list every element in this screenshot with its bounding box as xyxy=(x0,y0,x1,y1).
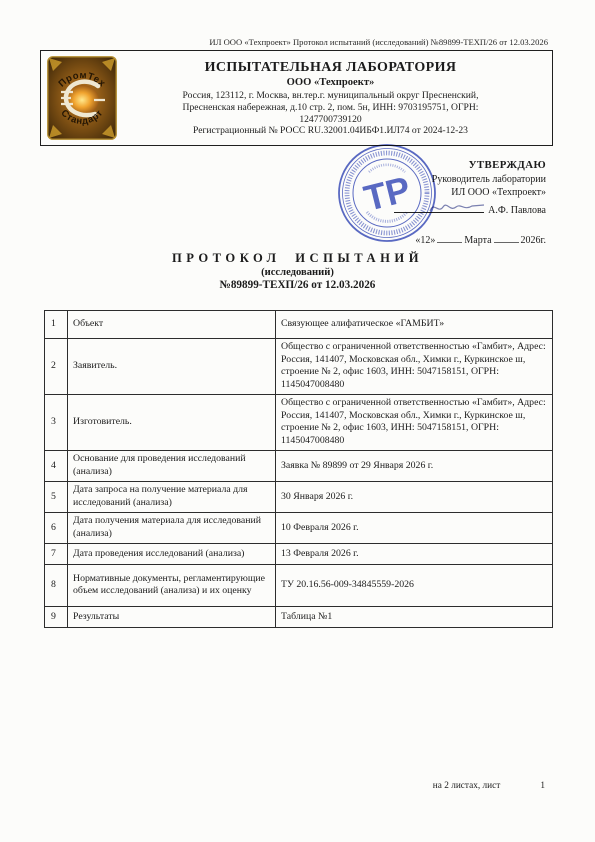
table-row: 2Заявитель.Общество с ограниченной ответ… xyxy=(45,339,553,395)
table-cell-label: Объект xyxy=(68,311,276,339)
protocol-subtitle: (исследований) xyxy=(0,267,595,278)
table-cell-value: Общество с ограниченной ответственностью… xyxy=(276,339,553,395)
table-cell-num: 2 xyxy=(45,339,68,395)
protocol-number: №89899-ТЕХП/26 от 12.03.2026 xyxy=(0,279,595,291)
lab-address-line3: 1247700739120 xyxy=(117,114,544,126)
table-cell-value: Таблица №1 xyxy=(276,606,553,627)
table-cell-label: Заявитель. xyxy=(68,339,276,395)
table-row: 5Дата запроса на получение материала для… xyxy=(45,481,553,512)
lab-logo-wrap: ПромТех Стандарт xyxy=(47,56,117,140)
table-cell-value: Связующее алифатическое «ГАМБИТ» xyxy=(276,311,553,339)
date-underline xyxy=(494,232,519,243)
table-cell-num: 6 xyxy=(45,512,68,543)
table-row: 3Изготовитель.Общество с ограниченной от… xyxy=(45,394,553,450)
approval-date-year: 2026г. xyxy=(521,235,546,246)
lab-header-text: ИСПЫТАТЕЛЬНАЯ ЛАБОРАТОРИЯ ООО «Техпроект… xyxy=(117,59,552,137)
table-cell-value: 13 Февраля 2026 г. xyxy=(276,543,553,564)
table-cell-label: Изготовитель. xyxy=(68,394,276,450)
table-cell-value: Общество с ограниченной ответственностью… xyxy=(276,394,553,450)
table-cell-label: Дата запроса на получение материала для … xyxy=(68,481,276,512)
approval-stamp-icon: ТР xyxy=(336,142,438,244)
protocol-title: ПРОТОКОЛ ИСПЫТАНИЙ xyxy=(0,251,595,266)
promtech-standart-logo-icon: ПромТех Стандарт xyxy=(47,56,117,140)
table-cell-value: 30 Января 2026 г. xyxy=(276,481,553,512)
table-cell-value: 10 Февраля 2026 г. xyxy=(276,512,553,543)
lab-org-name: ООО «Техпроект» xyxy=(117,77,544,90)
table-cell-num: 8 xyxy=(45,564,68,606)
sheets-count-text: на 2 листах, лист xyxy=(433,781,501,791)
page-footer: на 2 листах, лист 1 xyxy=(433,781,545,791)
table-cell-num: 3 xyxy=(45,394,68,450)
signer-name: А.Ф. Павлова xyxy=(488,205,546,216)
table-cell-value: Заявка № 89899 от 29 Января 2026 г. xyxy=(276,450,553,481)
lab-header-box: ПромТех Стандарт ИСПЫТАТЕЛЬНАЯ ЛАБОРАТОР… xyxy=(40,50,553,146)
table-cell-label: Результаты xyxy=(68,606,276,627)
table-cell-num: 4 xyxy=(45,450,68,481)
table-cell-num: 5 xyxy=(45,481,68,512)
document-page: ИЛ ООО «Техпроект» Протокол испытаний (и… xyxy=(0,0,595,842)
table-row: 1ОбъектСвязующее алифатическое «ГАМБИТ» xyxy=(45,311,553,339)
lab-address-line1: Россия, 123112, г. Москва, вн.тер.г. мун… xyxy=(117,90,544,102)
table-cell-label: Дата получения материала для исследовани… xyxy=(68,512,276,543)
table-row: 4Основание для проведения исследований (… xyxy=(45,450,553,481)
table-cell-value: ТУ 20.16.56-009-34845559-2026 xyxy=(276,564,553,606)
table-row: 8Нормативные документы, регламентирующие… xyxy=(45,564,553,606)
approval-date-month: Марта xyxy=(464,235,491,246)
table-row: 9РезультатыТаблица №1 xyxy=(45,606,553,627)
lab-title: ИСПЫТАТЕЛЬНАЯ ЛАБОРАТОРИЯ xyxy=(117,59,544,76)
table-row: 6Дата получения материала для исследован… xyxy=(45,512,553,543)
stamp-monogram: ТР xyxy=(360,168,415,219)
document-title-block: ПРОТОКОЛ ИСПЫТАНИЙ (исследований) №89899… xyxy=(0,251,595,291)
protocol-table: 1ОбъектСвязующее алифатическое «ГАМБИТ»2… xyxy=(44,310,553,628)
date-underline xyxy=(437,232,462,243)
table-cell-num: 7 xyxy=(45,543,68,564)
table-cell-label: Дата проведения исследований (анализа) xyxy=(68,543,276,564)
table-cell-label: Основание для проведения исследований (а… xyxy=(68,450,276,481)
table-cell-num: 9 xyxy=(45,606,68,627)
running-header: ИЛ ООО «Техпроект» Протокол испытаний (и… xyxy=(40,37,548,47)
lab-address-line2: Пресненская набережная, д.10 стр. 2, пом… xyxy=(117,102,544,114)
table-cell-label: Нормативные документы, регламентирующие … xyxy=(68,564,276,606)
page-number: 1 xyxy=(540,781,545,791)
table-row: 7Дата проведения исследований (анализа)1… xyxy=(45,543,553,564)
lab-registration-line: Регистрационный № РОСС RU.32001.04ИБФ1.И… xyxy=(117,125,544,137)
table-cell-num: 1 xyxy=(45,311,68,339)
